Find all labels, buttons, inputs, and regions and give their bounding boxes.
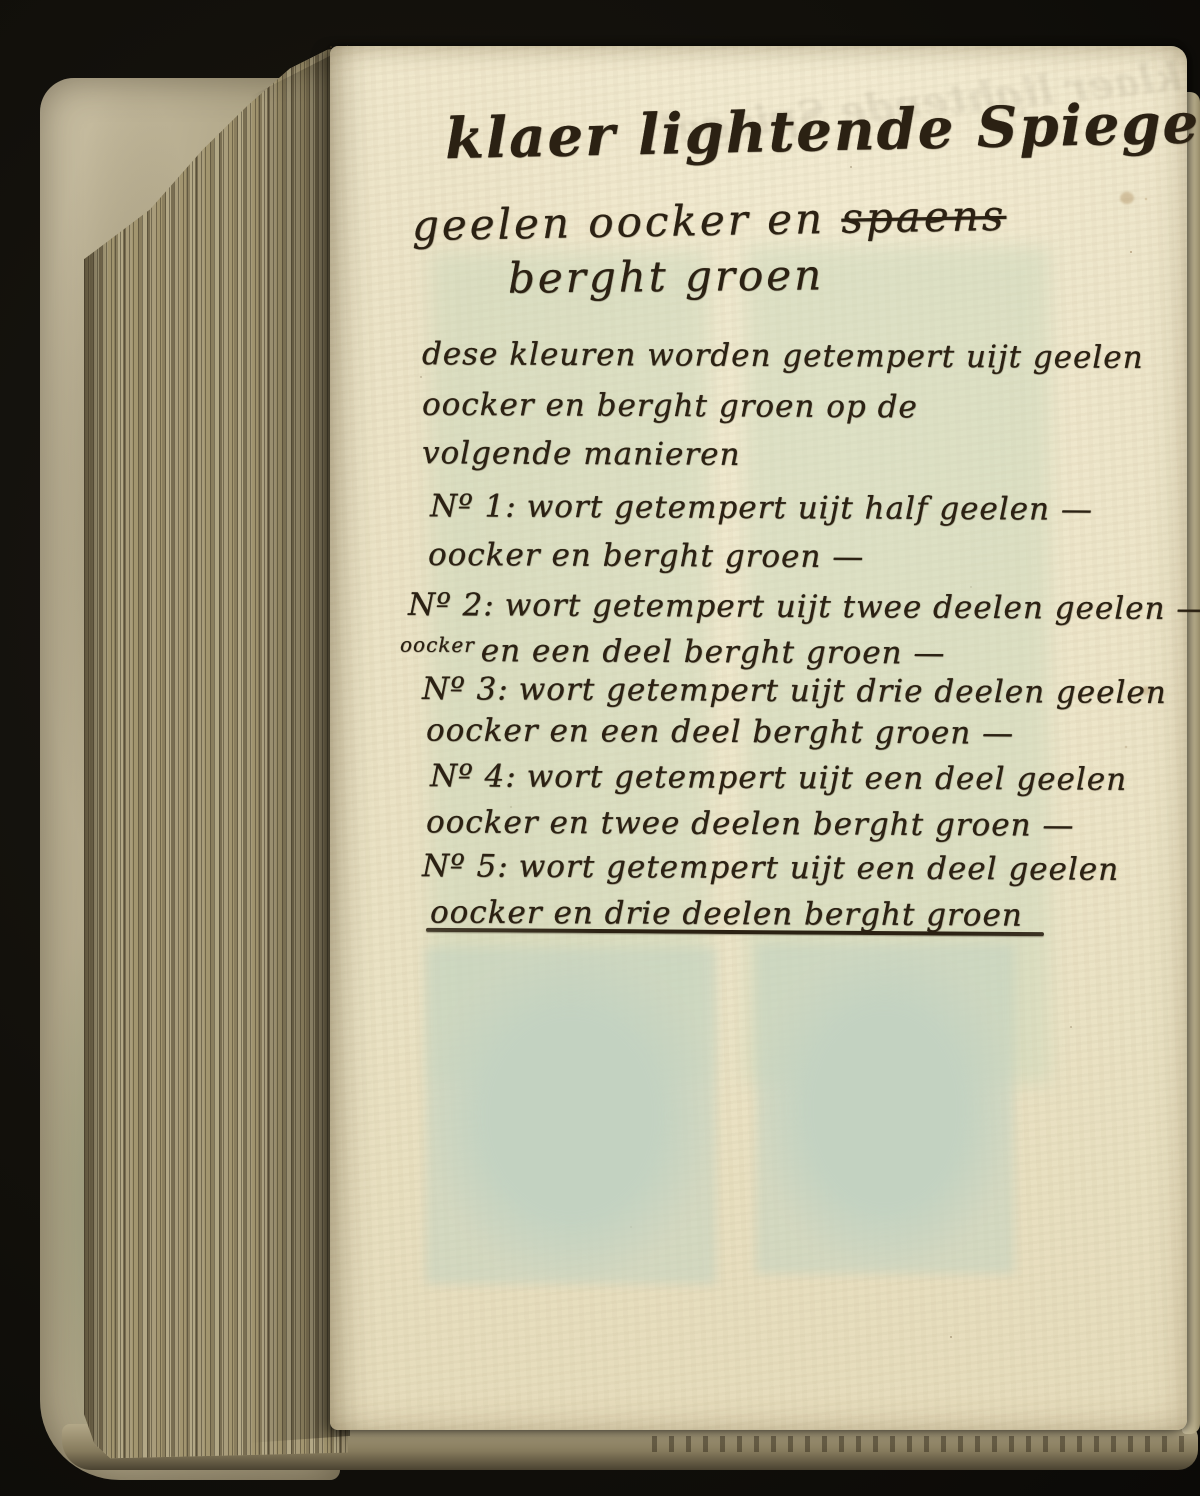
recipe-number: Nº 5: (422, 848, 509, 884)
heading-line-1: geelen oocker en spaens (412, 191, 1007, 250)
recipe-text: oocker en twee deelen berght groen — (426, 804, 1075, 843)
struck-word: spaens (841, 191, 1007, 243)
recipe-text: wort getempert uijt een deel geelen (527, 759, 1128, 798)
recipe-text: wort getempert uijt drie deelen geelen (519, 672, 1167, 711)
manuscript-photo: klaer lightende Spiegel klaer lightende … (0, 0, 1200, 1496)
recipe-line: Nº 5:wort getempert uijt een deel geelen (422, 848, 1119, 888)
inserted-word: oocker (400, 633, 475, 657)
recipe-text: wort getempert uijt een deel geelen (519, 849, 1120, 888)
heading-text: geelen oocker en (412, 194, 842, 250)
page-title: klaer lightende Spiegel (444, 90, 1200, 172)
recipe-number: Nº 1: (430, 488, 517, 524)
recipe-line: oockeren een deel berght groen — (400, 633, 946, 672)
recipe-text: oocker en een deel berght groen — (426, 712, 1014, 751)
binding-stitches (640, 1436, 1190, 1452)
recipe-line: oocker en twee deelen berght groen — (426, 804, 1075, 843)
intro-line: oocker en berght groen op de (422, 387, 918, 426)
recipe-line: oocker en berght groen — (428, 537, 864, 575)
paper-stain (1120, 192, 1134, 204)
manuscript-page: klaer lightende Spiegel klaer lightende … (330, 46, 1187, 1430)
paper-specks (330, 46, 332, 48)
recipe-line: Nº 2:wort getempert uijt twee deelen gee… (408, 587, 1200, 627)
intro-line: dese kleuren worden getempert uijt geele… (422, 336, 1144, 376)
recipe-text: oocker en berght groen — (428, 537, 864, 575)
intro-line: volgende manieren (422, 435, 741, 473)
recipe-number: Nº 4: (430, 758, 517, 794)
recipe-line: Nº 1:wort getempert uijt half geelen — (430, 488, 1093, 527)
paint-swatch-left (426, 948, 716, 1284)
recipe-number: Nº 2: (408, 587, 495, 623)
recipe-line: Nº 3:wort getempert uijt drie deelen gee… (422, 671, 1167, 711)
recipe-line: oocker en een deel berght groen — (426, 712, 1014, 751)
recipe-line: Nº 4:wort getempert uijt een deel geelen (430, 758, 1127, 798)
recipe-text: wort getempert uijt half geelen — (527, 489, 1093, 528)
recipe-text: en een deel berght groen — (481, 633, 946, 671)
heading-line-2: berght groen (508, 250, 825, 302)
recipe-text: wort getempert uijt twee deelen geelen — (505, 587, 1200, 627)
paint-swatch-right (756, 944, 1014, 1274)
recipe-number: Nº 3: (422, 671, 509, 707)
